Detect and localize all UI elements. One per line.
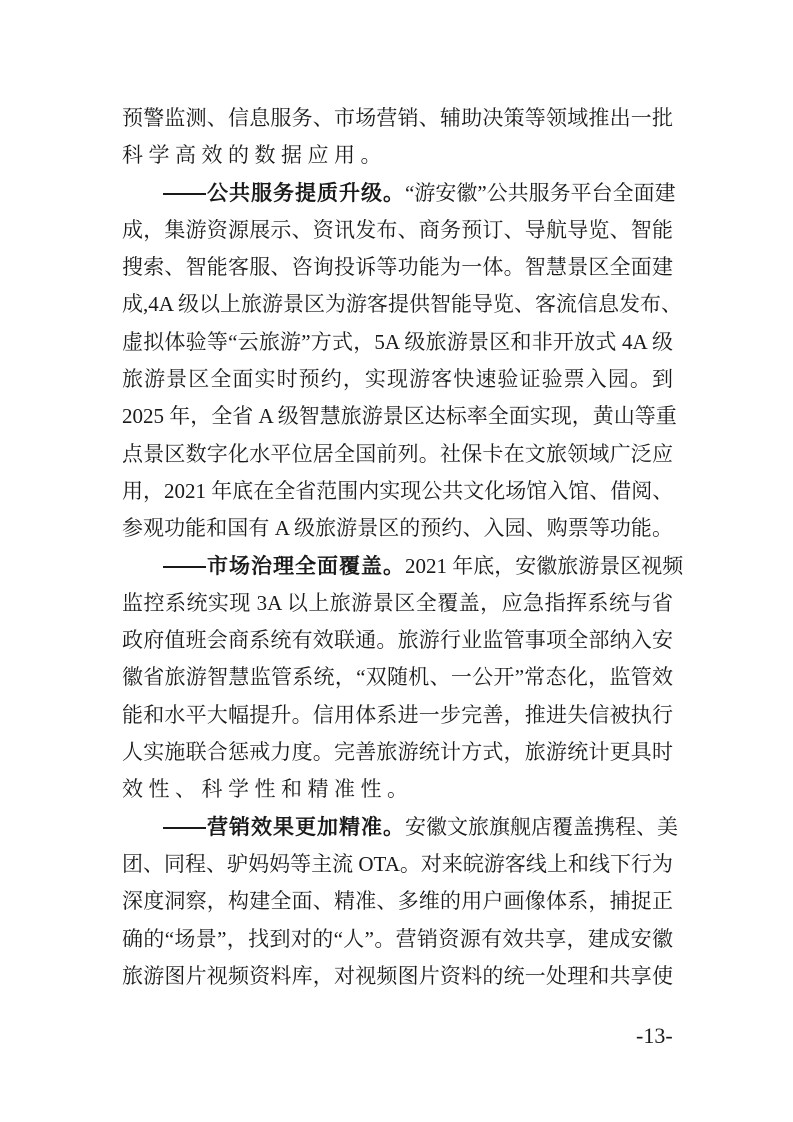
em-dash — [163, 566, 206, 568]
text-line: 确的“场景”，找到对的“人”。营销资源有效共享，建成安徽 — [122, 921, 673, 958]
text-line: 团、同程、驴妈妈等主流 OTA。对来皖游客线上和线下行为 — [122, 846, 673, 883]
text-fragment: 2021 年底，安徽旅游景区视频 — [405, 554, 683, 578]
text-line: 深度洞察，构建全面、精准、多维的用户画像体系，捕捉正 — [122, 883, 673, 920]
body-text: 预警监测、信息服务、市场营销、辅助决策等领域推出一批 科学高效的数据应用。 公共… — [122, 100, 673, 995]
text-fragment: “游安徽”公共服务平台全面建 — [405, 181, 676, 205]
text-line: 用，2021 年底在全省范围内实现公共文化场馆入馆、借阅、 — [122, 473, 673, 510]
text-line: 能和水平大幅提升。信用体系进一步完善，推进失信被执行 — [122, 697, 673, 734]
text-line: 点景区数字化水平位居全国前列。社保卡在文旅领域广泛应 — [122, 436, 673, 473]
section-heading-market-governance: 市场治理全面覆盖。 — [207, 554, 405, 578]
section-heading-line: 公共服务提质升级。“游安徽”公共服务平台全面建 — [122, 175, 673, 212]
em-dash — [163, 827, 206, 829]
section-heading-line: 市场治理全面覆盖。2021 年底，安徽旅游景区视频 — [122, 548, 673, 585]
text-line: 效性、科学性和精准性。 — [122, 771, 673, 808]
page-number: -13- — [636, 1022, 673, 1050]
text-line: 预警监测、信息服务、市场营销、辅助决策等领域推出一批 — [122, 100, 673, 137]
text-line: 政府值班会商系统有效联通。旅游行业监管事项全部纳入安 — [122, 622, 673, 659]
document-page: 预警监测、信息服务、市场营销、辅助决策等领域推出一批 科学高效的数据应用。 公共… — [0, 0, 793, 1122]
section-heading-line: 营销效果更加精准。安徽文旅旗舰店覆盖携程、美 — [122, 809, 673, 846]
text-line: 2025 年，全省 A 级智慧旅游景区达标率全面实现，黄山等重 — [122, 398, 673, 435]
em-dash — [163, 193, 206, 195]
section-heading-marketing: 营销效果更加精准。 — [207, 815, 405, 839]
text-fragment: 安徽文旅旗舰店覆盖携程、美 — [405, 815, 678, 839]
text-line: 成，集游资源展示、资讯发布、商务预订、导航导览、智能 — [122, 212, 673, 249]
text-line: 成,4A 级以上旅游景区为游客提供智能导览、客流信息发布、 — [122, 286, 673, 323]
section-heading-public-service: 公共服务提质升级。 — [207, 181, 405, 205]
text-line: 搜索、智能客服、咨询投诉等功能为一体。智慧景区全面建 — [122, 249, 673, 286]
text-line: 旅游景区全面实时预约，实现游客快速验证验票入园。到 — [122, 361, 673, 398]
text-line: 监控系统实现 3A 以上旅游景区全覆盖，应急指挥系统与省 — [122, 585, 673, 622]
text-line: 参观功能和国有 A 级旅游景区的预约、入园、购票等功能。 — [122, 510, 673, 547]
text-line: 虚拟体验等“云旅游”方式，5A 级旅游景区和非开放式 4A 级 — [122, 324, 673, 361]
text-line: 徽省旅游智慧监管系统，“双随机、一公开”常态化，监管效 — [122, 659, 673, 696]
text-line: 科学高效的数据应用。 — [122, 137, 673, 174]
text-line: 人实施联合惩戒力度。完善旅游统计方式，旅游统计更具时 — [122, 734, 673, 771]
text-line: 旅游图片视频资料库，对视频图片资料的统一处理和共享使 — [122, 958, 673, 995]
